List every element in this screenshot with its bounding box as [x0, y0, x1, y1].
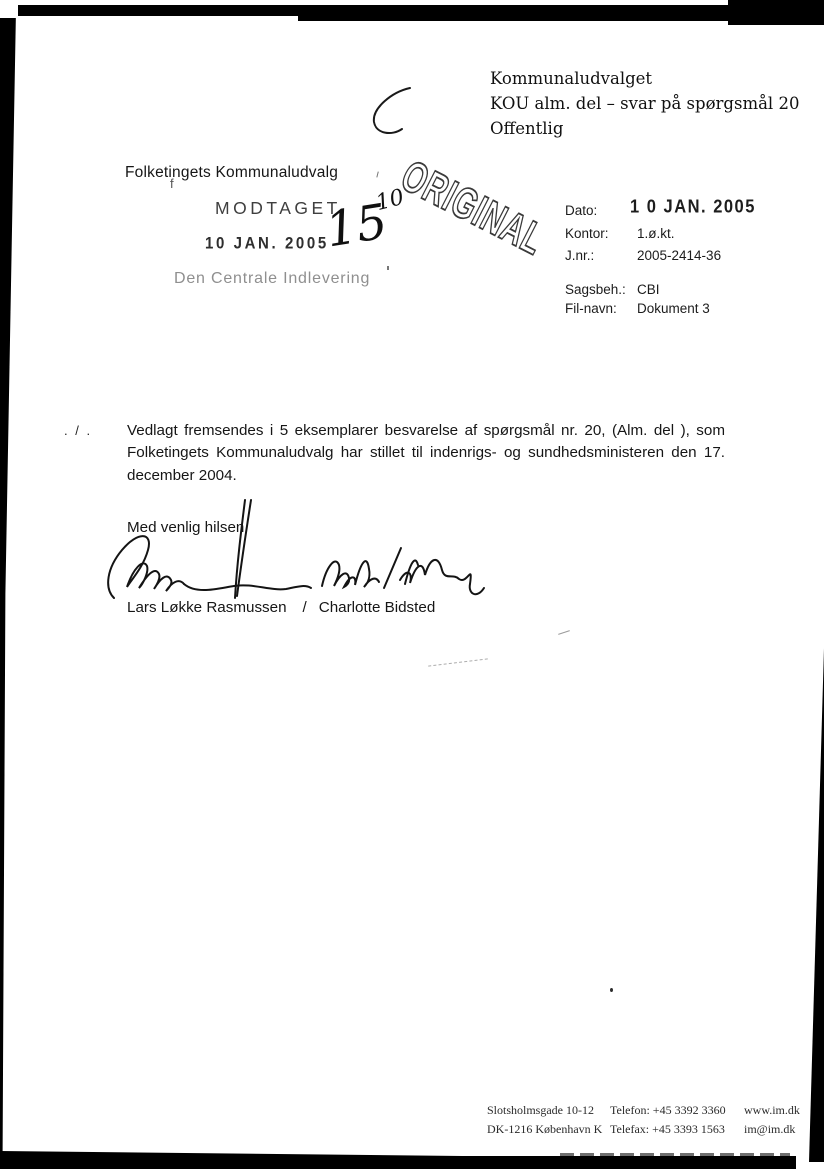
scan-smudge-tick — [376, 171, 382, 178]
committee-visibility: Offentlig — [490, 116, 820, 141]
footer-email: im@im.dk — [744, 1120, 800, 1139]
signatory-name-2: Charlotte Bidsted — [319, 599, 436, 616]
received-stamp-office: Den Centrale Indlevering — [174, 270, 370, 288]
scanned-letter-page: Kommunaludvalget KOU alm. del – svar på … — [0, 0, 824, 1169]
caseworker-value: CBI — [637, 282, 660, 297]
filename-value: Dokument 3 — [637, 301, 710, 316]
office-label: Kontor: — [565, 226, 609, 241]
ink-dot-artifact — [610, 988, 613, 992]
recipient-line: Folketingets Kommunaludvalg — [125, 164, 338, 182]
committee-header: Kommunaludvalget KOU alm. del – svar på … — [490, 66, 820, 141]
filename-label: Fil-navn: — [565, 301, 617, 316]
caseworker-label: Sagsbeh.: — [565, 282, 626, 297]
footer-fax: Telefax: +45 3393 1563 — [610, 1120, 726, 1139]
footer-website: www.im.dk — [744, 1101, 800, 1120]
scan-edge-top-right-corner — [728, 0, 824, 25]
signature-charlotte-bidsted — [322, 548, 484, 594]
committee-name: Kommunaludvalget — [490, 66, 820, 91]
body-paragraph: Vedlagt fremsendes i 5 eksemplarer besva… — [127, 420, 725, 487]
scan-smudge-f: f — [170, 176, 174, 191]
original-stamp-text: ORIGINAL — [394, 156, 553, 264]
footer-address: Slotsholmsgade 10-12 DK-1216 København K — [487, 1101, 602, 1139]
enclosure-mark: . / . — [64, 423, 92, 438]
footer-phone-fax: Telefon: +45 3392 3360 Telefax: +45 3393… — [610, 1101, 726, 1139]
signatory-names-line: Lars Løkke Rasmussen/Charlotte Bidsted — [127, 599, 435, 616]
date-stamp-value: 1 0 JAN. 2005 — [630, 197, 756, 218]
scan-edge-right — [809, 648, 824, 1162]
scan-edge-left — [0, 18, 18, 1169]
signatory-name-1: Lars Løkke Rasmussen — [127, 599, 287, 616]
scan-edge-bottom-bar — [0, 1156, 796, 1169]
committee-case-reference: KOU alm. del – svar på spørgsmål 20 — [490, 91, 820, 116]
received-stamp-date: 10 JAN. 2005 — [205, 234, 329, 253]
footer-city: DK-1216 København K — [487, 1120, 602, 1139]
pencil-dash-mark — [428, 658, 488, 666]
journal-number-value: 2005-2414-36 — [637, 248, 721, 263]
office-value: 1.ø.kt. — [637, 226, 675, 241]
signature-lars-lokke-rasmussen — [108, 500, 311, 598]
journal-number-label: J.nr.: — [565, 248, 594, 263]
footer-phone: Telefon: +45 3392 3360 — [610, 1101, 726, 1120]
pencil-small-mark — [558, 630, 570, 635]
signatures — [98, 492, 528, 614]
footer-street: Slotsholmsgade 10-12 — [487, 1101, 602, 1120]
scan-edge-bottom-dashes — [560, 1153, 790, 1156]
footer-web-email: www.im.dk im@im.dk — [744, 1101, 800, 1139]
date-label: Dato: — [565, 203, 597, 218]
original-stamp: ORIGINAL — [388, 156, 588, 281]
signatory-separator: / — [303, 599, 307, 616]
handwritten-check-mark — [352, 80, 442, 144]
